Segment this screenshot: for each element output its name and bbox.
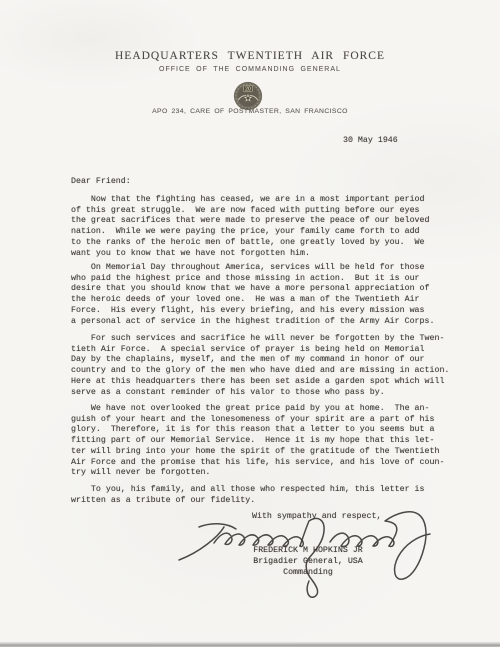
letter-paragraph-5: To you, his family, and all those who re… bbox=[71, 485, 425, 506]
letter-paragraph-1: Now that the fighting has ceased, we are… bbox=[71, 195, 429, 259]
emblem-number: 20 bbox=[245, 86, 251, 92]
signature-stroke-jr-flourish bbox=[385, 512, 430, 579]
letter-paragraph-3: For such services and sacrifice he will … bbox=[71, 334, 449, 398]
signature-block: FREDERICK M HOPKINS JR Brigadier General… bbox=[240, 545, 376, 578]
letterhead-address-line: APO 234, CARE OF POSTMASTER, SAN FRANCIS… bbox=[0, 108, 500, 115]
letterhead-title: HEADQUARTERS TWENTIETH AIR FORCE bbox=[0, 50, 500, 62]
date-line: 30 May 1946 bbox=[343, 136, 398, 147]
emblem-star-center bbox=[246, 97, 249, 100]
typed-name: FREDERICK M HOPKINS JR bbox=[240, 545, 376, 556]
signature-stroke-f-diagonal bbox=[179, 527, 224, 560]
signature-stroke-f-crossbar bbox=[199, 524, 236, 529]
letter-paragraph-4: We have not overlooked the great price p… bbox=[71, 404, 444, 479]
salutation: Dear Friend: bbox=[71, 177, 131, 188]
letterhead-office-line: OFFICE OF THE COMMANDING GENERAL bbox=[0, 66, 500, 73]
letter-paragraph-2: On Memorial Day throughout America, serv… bbox=[71, 263, 434, 327]
role-line: Commanding bbox=[240, 567, 376, 578]
scan-bottom-edge bbox=[0, 639, 500, 647]
rank-line: Brigadier General, USA bbox=[240, 556, 376, 567]
